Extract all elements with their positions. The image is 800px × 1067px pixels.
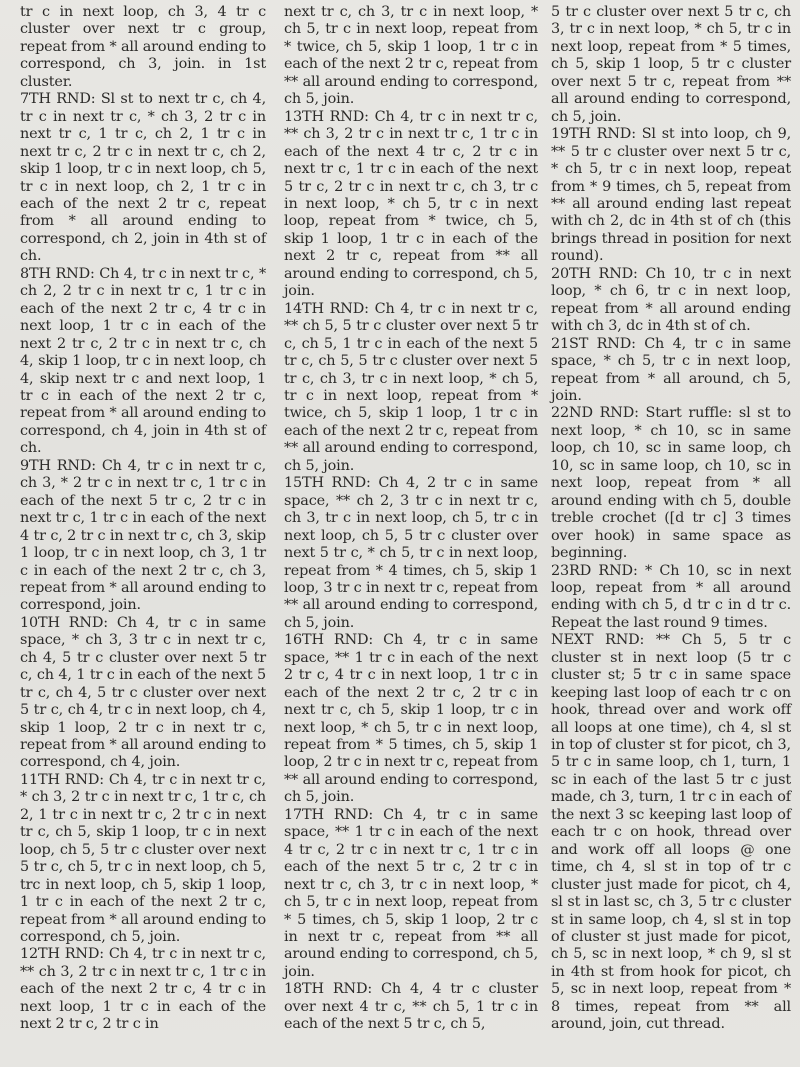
text-column-1: tr c in next loop, ch 3, 4 tr c cluster … [20,4,266,1034]
pattern-paragraph-rnd18: 18TH RND: Ch 4, 4 tr c cluster over next… [284,981,538,1033]
pattern-paragraph-rnd6-end: tr c in next loop, ch 3, 4 tr c cluster … [20,4,266,91]
text-column-2: next tr c, ch 3, tr c in next loop, * ch… [284,4,538,1034]
pattern-paragraph-rnd10: 10TH RND: Ch 4, tr c in same space, * ch… [20,615,266,772]
pattern-paragraph-rnd8: 8TH RND: Ch 4, tr c in next tr c, * ch 2… [20,266,266,458]
pattern-paragraph-rnd12-cont: next tr c, ch 3, tr c in next loop, * ch… [284,4,538,109]
pattern-paragraph-rnd21: 21ST RND: Ch 4, tr c in same space, * ch… [551,336,791,406]
crochet-pattern-page: tr c in next loop, ch 3, 4 tr c cluster … [0,0,800,1067]
pattern-paragraph-rnd23: 23RD RND: * Ch 10, sc in next loop, repe… [551,563,791,633]
pattern-paragraph-rnd15: 15TH RND: Ch 4, 2 tr c in same space, **… [284,475,538,632]
pattern-paragraph-rnd16: 16TH RND: Ch 4, tr c in same space, ** 1… [284,632,538,807]
pattern-paragraph-rnd22: 22ND RND: Start ruffle: sl st to next lo… [551,405,791,562]
pattern-paragraph-rnd14: 14TH RND: Ch 4, tr c in next tr c, ** ch… [284,301,538,476]
pattern-paragraph-next-rnd: NEXT RND: ** Ch 5, 5 tr c cluster st in … [551,632,791,1033]
text-column-3: 5 tr c cluster over next 5 tr c, ch 3, t… [551,4,791,1034]
pattern-paragraph-rnd13: 13TH RND: Ch 4, tr c in next tr c, ** ch… [284,109,538,301]
pattern-paragraph-rnd9: 9TH RND: Ch 4, tr c in next tr c, ch 3, … [20,458,266,615]
pattern-paragraph-rnd18-cont: 5 tr c cluster over next 5 tr c, ch 3, t… [551,4,791,126]
pattern-paragraph-rnd12: 12TH RND: Ch 4, tr c in next tr c, ** ch… [20,946,266,1033]
pattern-paragraph-rnd7: 7TH RND: Sl st to next tr c, ch 4, tr c … [20,91,266,266]
pattern-paragraph-rnd19: 19TH RND: Sl st into loop, ch 9, ** 5 tr… [551,126,791,266]
pattern-paragraph-rnd17: 17TH RND: Ch 4, tr c in same space, ** 1… [284,807,538,982]
pattern-paragraph-rnd11: 11TH RND: Ch 4, tr c in next tr c, * ch … [20,772,266,947]
pattern-paragraph-rnd20: 20TH RND: Ch 10, tr c in next loop, * ch… [551,266,791,336]
